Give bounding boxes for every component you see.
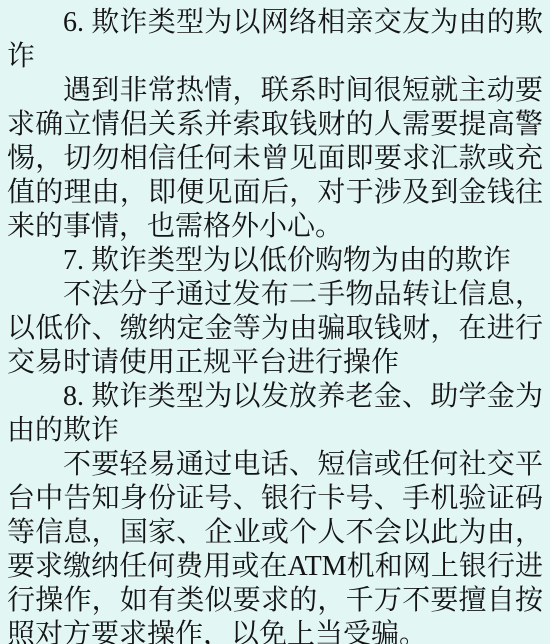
paragraph-body-7: 不法分子通过发布二手物品转让信息，以低价、缴纳定金等为由骗取钱财，在进行交易时请… — [7, 278, 543, 380]
paragraph-heading-8: 8. 欺诈类型为以发放养老金、助学金为由的欺诈 — [7, 380, 543, 448]
paragraph-body-6: 遇到非常热情，联系时间很短就主动要求确立情侣关系并索取钱财的人需要提高警惕，切勿… — [7, 74, 543, 244]
paragraph-heading-7: 7. 欺诈类型为以低价购物为由的欺诈 — [7, 244, 543, 278]
paragraph-body-8: 不要轻易通过电话、短信或任何社交平台中告知身份证号、银行卡号、手机验证码等信息，… — [7, 448, 543, 644]
fraud-warning-text-page: 6. 欺诈类型为以网络相亲交友为由的欺诈 遇到非常热情，联系时间很短就主动要求确… — [0, 0, 550, 644]
paragraph-heading-6: 6. 欺诈类型为以网络相亲交友为由的欺诈 — [7, 6, 543, 74]
